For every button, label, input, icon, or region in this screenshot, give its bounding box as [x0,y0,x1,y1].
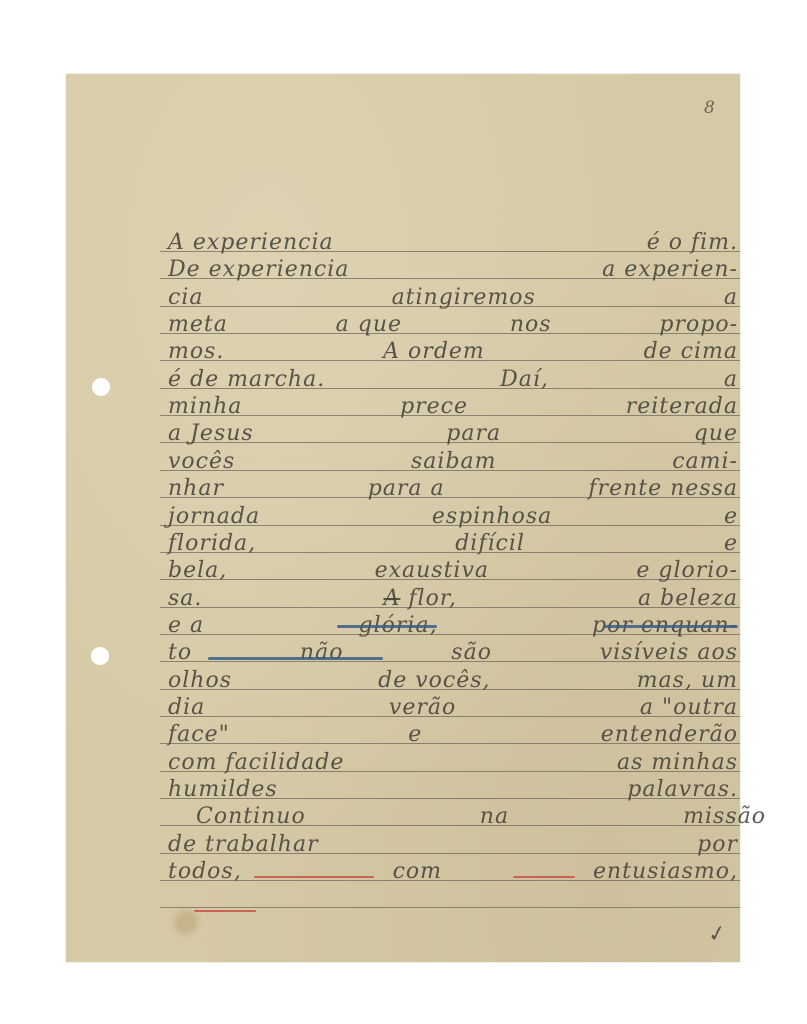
handwritten-line: tonãosãovisíveis aos [168,639,738,667]
handwritten-word: e glorio- [636,557,738,585]
handwritten-word: nos [510,311,552,339]
handwritten-word: que [694,420,738,448]
handwritten-word: missão [683,803,766,831]
handwritten-word: a que [336,311,402,339]
handwritten-word: por [697,831,738,859]
handwritten-word: dia [168,694,205,722]
handwritten-line: nharpara afrente nessa [168,475,738,503]
handwritten-word: é o fim. [647,229,738,257]
handwritten-line: vocêssaibamcami- [168,448,738,476]
handwritten-word: e [408,721,422,749]
handwritten-line: florida,difícile [168,530,738,558]
handwritten-word: espinhosa [432,503,552,531]
handwritten-word: é de marcha. [168,366,325,394]
handwritten-word: bela, [168,557,227,585]
handwritten-word: vocês [168,448,235,476]
handwritten-word: nhar [168,475,224,503]
handwritten-line: com facilidadeas minhas [168,749,738,777]
handwritten-word: e a [168,612,204,640]
handwritten-line: todos,comentusiasmo, [168,858,738,886]
handwritten-word: e [724,530,738,558]
handwritten-word: a [724,366,738,394]
handwritten-line: ciaatingiremosa [168,284,738,312]
handwritten-word: Continuo [196,803,306,831]
handwritten-word: De experiencia [168,256,349,284]
blue-underline-flor [337,625,437,628]
handwritten-word: verão [389,694,456,722]
handwritten-word: A ordem [383,338,485,366]
handwritten-word: prece [400,393,468,421]
handwritten-word: com [393,858,442,886]
handwritten-word: visíveis aos [600,639,738,667]
handwritten-word: para a [368,475,445,503]
handwritten-line: metaa quenospropo- [168,311,738,339]
paper-stain [174,910,198,934]
red-underline-por [513,876,575,878]
handwritten-line: jornadaespinhosae [168,503,738,531]
handwritten-word: com facilidade [168,749,344,777]
handwritten-word: minha [168,393,242,421]
handwritten-word: mas, um [637,667,738,695]
red-underline-todos [194,910,256,912]
handwritten-word: mos. [168,338,224,366]
handwritten-line: Continuonamissão [196,803,766,831]
handwritten-word: a Jesus [168,420,254,448]
handwritten-word: a [724,284,738,312]
handwritten-line: humildespalavras. [168,776,738,804]
red-underline-trabalhar [254,876,374,878]
handwritten-line: é de marcha.Daí,a [168,366,738,394]
handwritten-word: são [451,639,492,667]
handwritten-line: mos.A ordemde cima [168,338,738,366]
handwritten-word: florida, [168,530,256,558]
blue-underline-beleza [604,625,738,628]
handwritten-word: olhos [168,667,232,695]
handwritten-word: cia [168,284,203,312]
handwritten-word: sa. [168,585,202,613]
handwritten-word: para [446,420,501,448]
handwritten-line: face"eentenderão [168,721,738,749]
handwritten-word: de cima [644,338,738,366]
handwritten-word: reiterada [626,393,738,421]
handwritten-line: olhosde vocês,mas, um [168,667,738,695]
handwritten-word: meta [168,311,228,339]
handwritten-word: entenderão [601,721,738,749]
handwritten-line: a Jesusparaque [168,420,738,448]
punch-hole-bottom [91,647,109,665]
handwritten-word: jornada [168,503,260,531]
blue-underline-gloria [208,657,383,660]
handwritten-word: a experien- [602,256,738,284]
punch-hole-top [92,378,110,396]
handwritten-word: Daí, [500,366,549,394]
handwritten-word: A experiencia [168,229,334,257]
handwritten-word: frente nessa [588,475,738,503]
handwritten-line: A experienciaé o fim. [168,229,738,257]
handwritten-word: de trabalhar [168,831,319,859]
handwritten-word: a beleza [638,585,738,613]
page-number: 8 [704,98,715,118]
handwritten-word: palavras. [627,776,738,804]
handwritten-word: não [300,639,344,667]
handwritten-line: minhaprecereiterada [168,393,738,421]
handwritten-word: as minhas [617,749,738,777]
handwritten-word: de vocês, [378,667,490,695]
ruled-line [160,907,740,908]
handwritten-word: to [168,639,192,667]
handwritten-word: saibam [411,448,497,476]
handwritten-word: face" [168,721,230,749]
handwritten-word: e [724,503,738,531]
handwritten-word: humildes [168,776,278,804]
handwritten-line: bela,exaustivae glorio- [168,557,738,585]
handwritten-line: sa.A flor,a beleza [168,585,738,613]
handwritten-line: diaverãoa "outra [168,694,738,722]
handwritten-word: cami- [672,448,738,476]
handwritten-word: a "outra [640,694,738,722]
handwritten-word: difícil [455,530,525,558]
handwritten-word: atingiremos [392,284,536,312]
handwritten-word: A flor, [384,585,457,613]
handwritten-line: De experienciaa experien- [168,256,738,284]
handwritten-word: entusiasmo, [593,858,738,886]
handwritten-word: na [480,803,509,831]
handwritten-word: exaustiva [375,557,489,585]
handwritten-word: propo- [659,311,738,339]
handwritten-word: todos, [168,858,242,886]
handwritten-line: de trabalharpor [168,831,738,859]
struck-word: A [384,586,401,611]
